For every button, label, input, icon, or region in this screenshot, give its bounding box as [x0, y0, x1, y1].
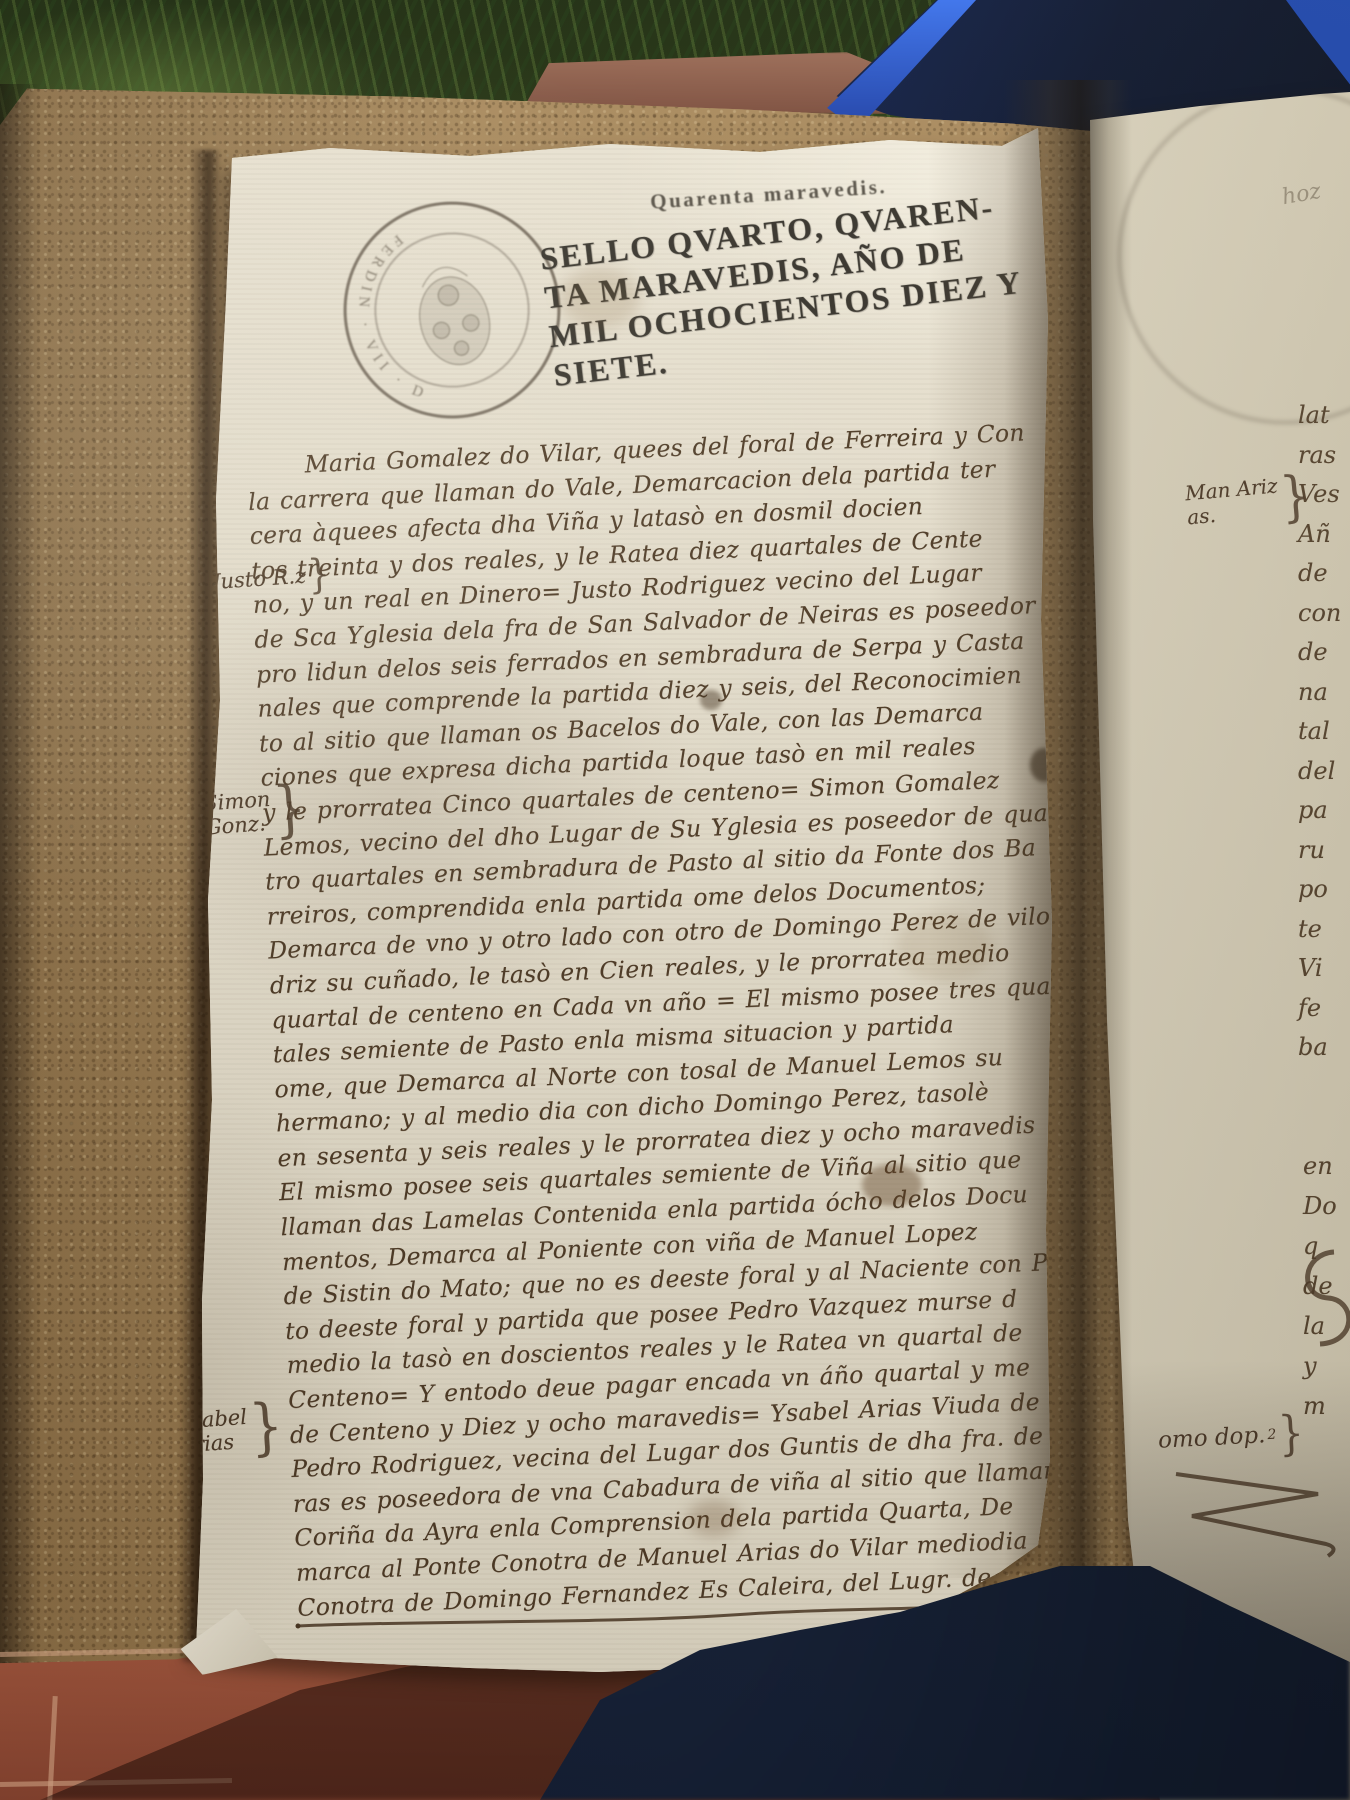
ink-curl-flourish — [1290, 1244, 1350, 1354]
fragment-line: na — [1298, 673, 1341, 713]
fragment-line: ba — [1298, 1028, 1341, 1068]
fragment-line: fe — [1298, 989, 1341, 1029]
fragment-line: de — [1298, 554, 1341, 594]
fragment-line: te — [1298, 910, 1341, 950]
fragment-line: con — [1298, 594, 1341, 634]
next-page-paper: hoz latrasVesAñdecondenataldelparupoteVi… — [0, 0, 1350, 1800]
fragment-line: pa — [1298, 791, 1341, 831]
next-page-margin-note: Man Ariz as. } — [1184, 471, 1312, 530]
fragment-line: del — [1298, 752, 1341, 792]
faint-seal-outline — [1118, 88, 1350, 424]
fragment-line: po — [1298, 870, 1341, 910]
fragment-line: de — [1298, 633, 1341, 673]
fragment-line: ru — [1298, 831, 1341, 871]
fragment-line: lat — [1298, 396, 1341, 436]
photo-scene: FERDIN · VII · D Quarenta maravedis. SEL… — [0, 0, 1350, 1800]
margin-brace: } — [1279, 480, 1311, 511]
fragment-line: en — [1303, 1146, 1337, 1186]
fragment-line: tal — [1298, 712, 1341, 752]
fragment-line: Vi — [1298, 949, 1341, 989]
fragment-line: Do — [1303, 1186, 1337, 1226]
book-gutter-shadow — [1004, 80, 1132, 1800]
next-page: hoz latrasVesAñdecondenataldelparupoteVi… — [0, 0, 1350, 1800]
